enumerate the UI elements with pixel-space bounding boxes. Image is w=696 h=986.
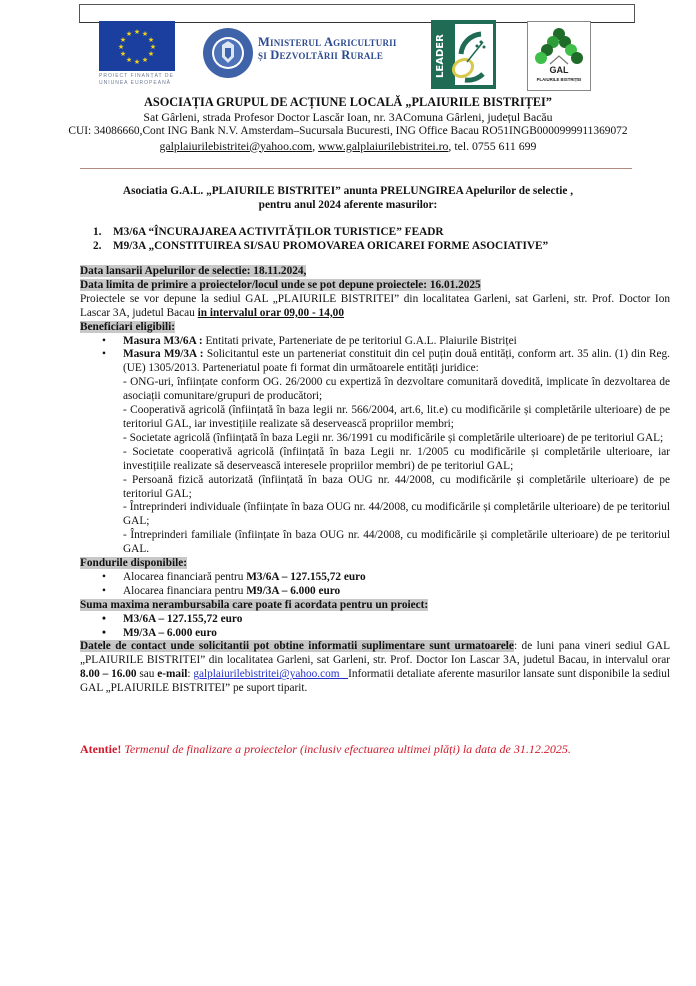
launch-date: Data lansarii Apelurilor de selectie: 18… xyxy=(80,265,670,279)
max-amount-item: M9/3A – 6.000 euro xyxy=(80,627,670,641)
eu-flag-icon: ★★★ ★★★ ★★★ ★★★ xyxy=(99,21,175,71)
announcement-title: Asociatia G.A.L. „PLAIURILE BISTRITEI” a… xyxy=(0,184,696,212)
funds-heading: Fondurile disponibile: xyxy=(80,557,670,571)
beneficiaries-heading: Beneficiari eligibili: xyxy=(80,321,670,335)
entity-item: - Cooperativă agricolă (înființată în ba… xyxy=(80,404,670,432)
header-separator xyxy=(80,168,632,169)
fund-item: Alocarea financiara pentru M9/3A – 6.000… xyxy=(80,585,670,599)
document-body: Data lansarii Apelurilor de selectie: 18… xyxy=(80,265,670,696)
svg-text:★: ★ xyxy=(126,30,132,38)
max-amount-item: M3/6A – 127.155,72 euro xyxy=(80,613,670,627)
svg-text:★: ★ xyxy=(148,50,154,58)
beneficiary-item: Masura M3/6A : Entitati private, Partene… xyxy=(80,335,670,349)
email-link[interactable]: galplaiurilebistritei@yahoo.com xyxy=(160,139,313,153)
svg-text:★: ★ xyxy=(134,28,140,36)
measure-item: 1.M3/6A “ÎNCURAJAREA ACTIVITĂȚILOR TURIS… xyxy=(93,226,548,240)
svg-text:★: ★ xyxy=(120,50,126,58)
ministry-name: Ministerul Agriculturii și Dezvoltării R… xyxy=(258,36,397,62)
organization-name: ASOCIAȚIA GRUPUL DE ACȚIUNE LOCALĂ „PLAI… xyxy=(0,95,696,110)
deadline-warning: Atentie! Termenul de finalizare a proiec… xyxy=(80,742,571,757)
max-amount-heading: Suma maxima nerambursabila care poate fi… xyxy=(80,599,670,613)
svg-text:LEADER: LEADER xyxy=(435,34,446,78)
contact-line: galplaiurilebistritei@yahoo.com, www.gal… xyxy=(0,139,696,154)
website-link[interactable]: www.galplaiurilebistritei.ro xyxy=(318,139,448,153)
entity-item: - Întreprinderi familiale (înființate în… xyxy=(80,529,670,557)
organization-address: Sat Gârleni, strada Profesor Doctor Lasc… xyxy=(0,110,696,125)
svg-text:★: ★ xyxy=(142,56,148,64)
contact-info: Datele de contact unde solicitantii pot … xyxy=(80,640,670,696)
organization-bank-details: CUI: 34086660,Cont ING Bank N.V. Amsterd… xyxy=(0,124,696,139)
entity-item: - Persoană fizică autorizată (înființată… xyxy=(80,474,670,502)
svg-text:PLAIURILE BISTRIȚEI: PLAIURILE BISTRIȚEI xyxy=(537,77,582,82)
logo-strip: ★★★ ★★★ ★★★ ★★★ PROIECT FINANȚAT DE UNIU… xyxy=(0,21,696,89)
svg-text:★: ★ xyxy=(134,58,140,66)
entity-item: - Întreprinderi individuale (înființate … xyxy=(80,501,670,529)
entity-item: - Societate cooperativă agricolă (înfiin… xyxy=(80,446,670,474)
deadline-date: Data limita de primire a proiectelor/loc… xyxy=(80,279,670,293)
svg-text:GAL: GAL xyxy=(550,65,570,75)
entity-item: - ONG-uri, înființate conform OG. 26/200… xyxy=(80,376,670,404)
beneficiary-item: Masura M9/3A : Solicitantul este un part… xyxy=(80,348,670,376)
measures-list: 1.M3/6A “ÎNCURAJAREA ACTIVITĂȚILOR TURIS… xyxy=(93,226,548,253)
contact-email-link[interactable]: galplaiurilebistritei@yahoo.com xyxy=(193,668,348,680)
fund-item: Alocarea financiară pentru M3/6A – 127.1… xyxy=(80,571,670,585)
svg-text:★: ★ xyxy=(118,43,124,51)
letterhead: ASOCIAȚIA GRUPUL DE ACȚIUNE LOCALĂ „PLAI… xyxy=(0,95,696,153)
entity-item: - Societate agricolă (înființată în baza… xyxy=(80,432,670,446)
measure-item: 2.M9/3A „CONSTITUIREA SI/SAU PROMOVAREA … xyxy=(93,240,548,254)
leader-logo: LEADER xyxy=(431,20,496,89)
submission-info: Proiectele se vor depune la sediul GAL „… xyxy=(80,293,670,321)
gal-logo: GAL PLAIURILE BISTRIȚEI xyxy=(527,21,591,91)
eu-caption: PROIECT FINANȚAT DE UNIUNEA EUROPEANĂ xyxy=(99,73,175,87)
eu-logo: ★★★ ★★★ ★★★ ★★★ PROIECT FINANȚAT DE UNIU… xyxy=(99,21,175,89)
government-seal-icon xyxy=(202,27,254,79)
svg-text:★: ★ xyxy=(126,56,132,64)
